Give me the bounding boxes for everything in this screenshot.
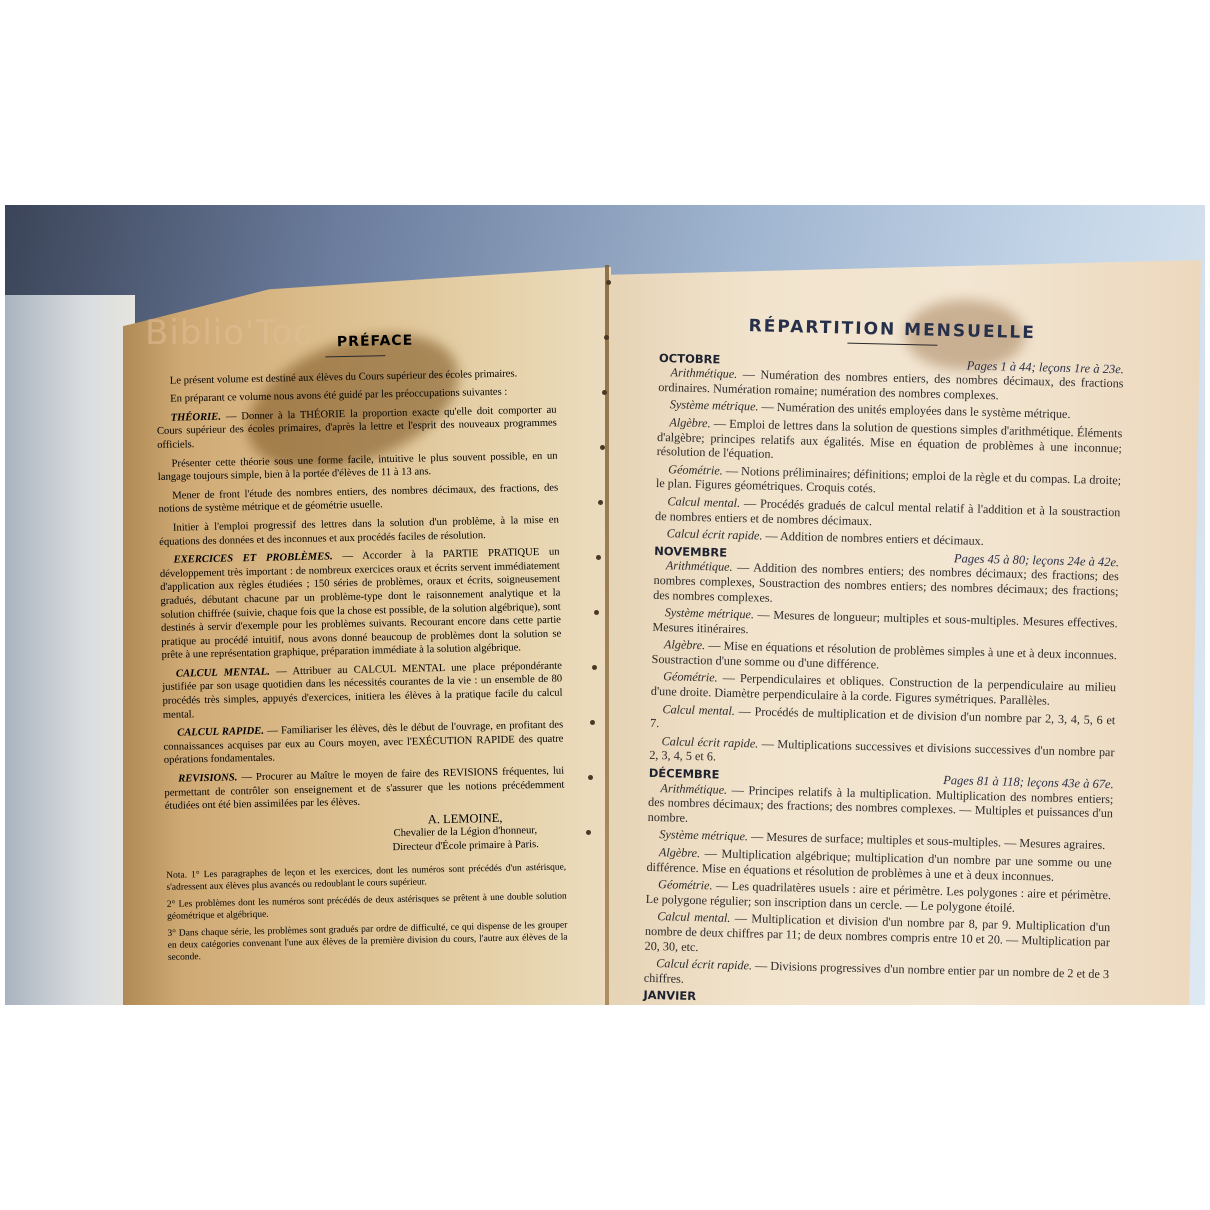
subject-label: Calcul mental. — [662, 702, 735, 718]
section-text: Mener de front l'étude des nombres entie… — [158, 482, 558, 515]
subject-label: Calcul mental. — [667, 494, 740, 510]
subject-label: Arithmétique. — [660, 781, 727, 797]
section-heading: THÉORIE. — [171, 411, 222, 423]
subject-text: — Les quadrilatères usuels : aire et pér… — [646, 879, 1112, 915]
intro-paragraph: Le présent volume est destiné aux élèves… — [156, 366, 556, 388]
subject-label: Système métrique. — [670, 398, 759, 414]
subject-text: — Emploi de lettres dans la solution de … — [657, 416, 1123, 461]
subject-label: Arithmétique. — [666, 559, 733, 575]
subject-label: Calcul écrit rapide. — [656, 956, 752, 972]
title-rule — [325, 355, 385, 357]
subject-label: Calcul mental. — [657, 909, 730, 925]
month-name: OCTOBRE — [659, 351, 721, 367]
stitch-mark — [604, 335, 609, 340]
section-heading: CALCUL MENTAL. — [176, 667, 270, 680]
preface-paragraph: Mener de front l'étude des nombres entie… — [158, 481, 558, 517]
preface-content: PRÉFACE Le présent volume est destiné au… — [155, 332, 568, 969]
month-name: DÉCEMBRE — [649, 766, 720, 782]
subject-label: Système métrique. — [665, 605, 755, 621]
author-title: Directeur d'École primaire à Paris. — [366, 838, 566, 856]
subject-label: Géométrie. — [668, 462, 723, 477]
stitch-mark — [600, 445, 605, 450]
preface-notes: Nota. 1° Les paragraphes de leçon et les… — [166, 861, 568, 963]
stitch-mark — [602, 390, 607, 395]
subject-label: Algèbre. — [659, 845, 701, 860]
footnote: 2° Les problèmes dont les numéros sont p… — [167, 890, 567, 922]
preface-paragraph: CALCUL RAPIDE. — Familiariser les élèves… — [163, 719, 564, 768]
subject-text: — Addition de nombres entiers et décimau… — [762, 529, 984, 548]
section-text: Présenter cette théorie sous une forme f… — [158, 450, 558, 483]
stitch-mark — [592, 665, 597, 670]
preface-paragraph: REVISIONS. — Procurer au Maître le moyen… — [164, 765, 565, 814]
subject-label: Algèbre. — [669, 415, 711, 430]
preface-paragraph: CALCUL MENTAL. — Attribuer au CALCUL MEN… — [162, 659, 563, 722]
footnote: 3° Dans chaque série, les problèmes sont… — [167, 919, 568, 963]
footnote: Nota. 1° Les paragraphes de leçon et les… — [166, 861, 566, 893]
watermark-logo: Biblio'Toc — [145, 313, 313, 353]
preface-paragraph: Initier à l'emploi progressif des lettre… — [159, 514, 559, 550]
book-gutter — [605, 265, 609, 1005]
subject-label: Géométrie. — [663, 670, 718, 685]
stitch-mark — [594, 610, 599, 615]
preface-sections: THÉORIE. — Donner à la THÉORIE la propor… — [157, 403, 565, 813]
repartition-content: RÉPARTITION MENSUELLE OCTOBREPages 1 à 4… — [643, 317, 1125, 1005]
book-edge — [5, 295, 135, 1005]
stitch-mark — [598, 500, 603, 505]
subject-label: Calcul écrit rapide. — [667, 526, 763, 542]
curriculum-entry: Algèbre. — Emploi de lettres dans la sol… — [657, 415, 1123, 470]
stitch-mark — [586, 830, 591, 835]
section-text: Initier à l'emploi progressif des lettre… — [159, 515, 559, 548]
stitch-mark — [590, 720, 595, 725]
subject-label: Système métrique. — [659, 828, 748, 844]
subject-label: Géométrie. — [658, 877, 713, 892]
title-rule — [847, 342, 937, 345]
book-photo: PRÉFACE Le présent volume est destiné au… — [5, 205, 1205, 1005]
month-name: JANVIER — [643, 988, 696, 1004]
section-heading: EXERCICES ET PROBLÈMES. — [174, 551, 333, 565]
stitch-mark — [596, 555, 601, 560]
subject-label: Algèbre. — [664, 637, 706, 652]
intro-paragraph: En préparant ce volume nous avons été gu… — [156, 385, 556, 407]
curriculum-entry: Calcul mental. — Multiplication et divis… — [644, 909, 1110, 964]
stitch-mark — [588, 775, 593, 780]
subject-text: — Perpendiculaires et obliques. Construc… — [651, 671, 1117, 708]
section-heading: CALCUL RAPIDE. — [177, 726, 264, 739]
stitch-mark — [606, 280, 611, 285]
section-heading: REVISIONS. — [178, 772, 237, 784]
preface-paragraph: EXERCICES ET PROBLÈMES. — Accorder à la … — [159, 546, 561, 663]
preface-paragraph: Présenter cette théorie sous une forme f… — [157, 449, 557, 485]
subject-label: Calcul écrit rapide. — [661, 734, 758, 750]
month-list: OCTOBREPages 1 à 44; leçons 1re à 23e.Ar… — [643, 351, 1124, 1005]
preface-paragraph: THÉORIE. — Donner à la THÉORIE la propor… — [157, 403, 558, 452]
subject-label: Arithmétique. — [670, 365, 737, 381]
month-name: NOVEMBRE — [654, 544, 727, 560]
